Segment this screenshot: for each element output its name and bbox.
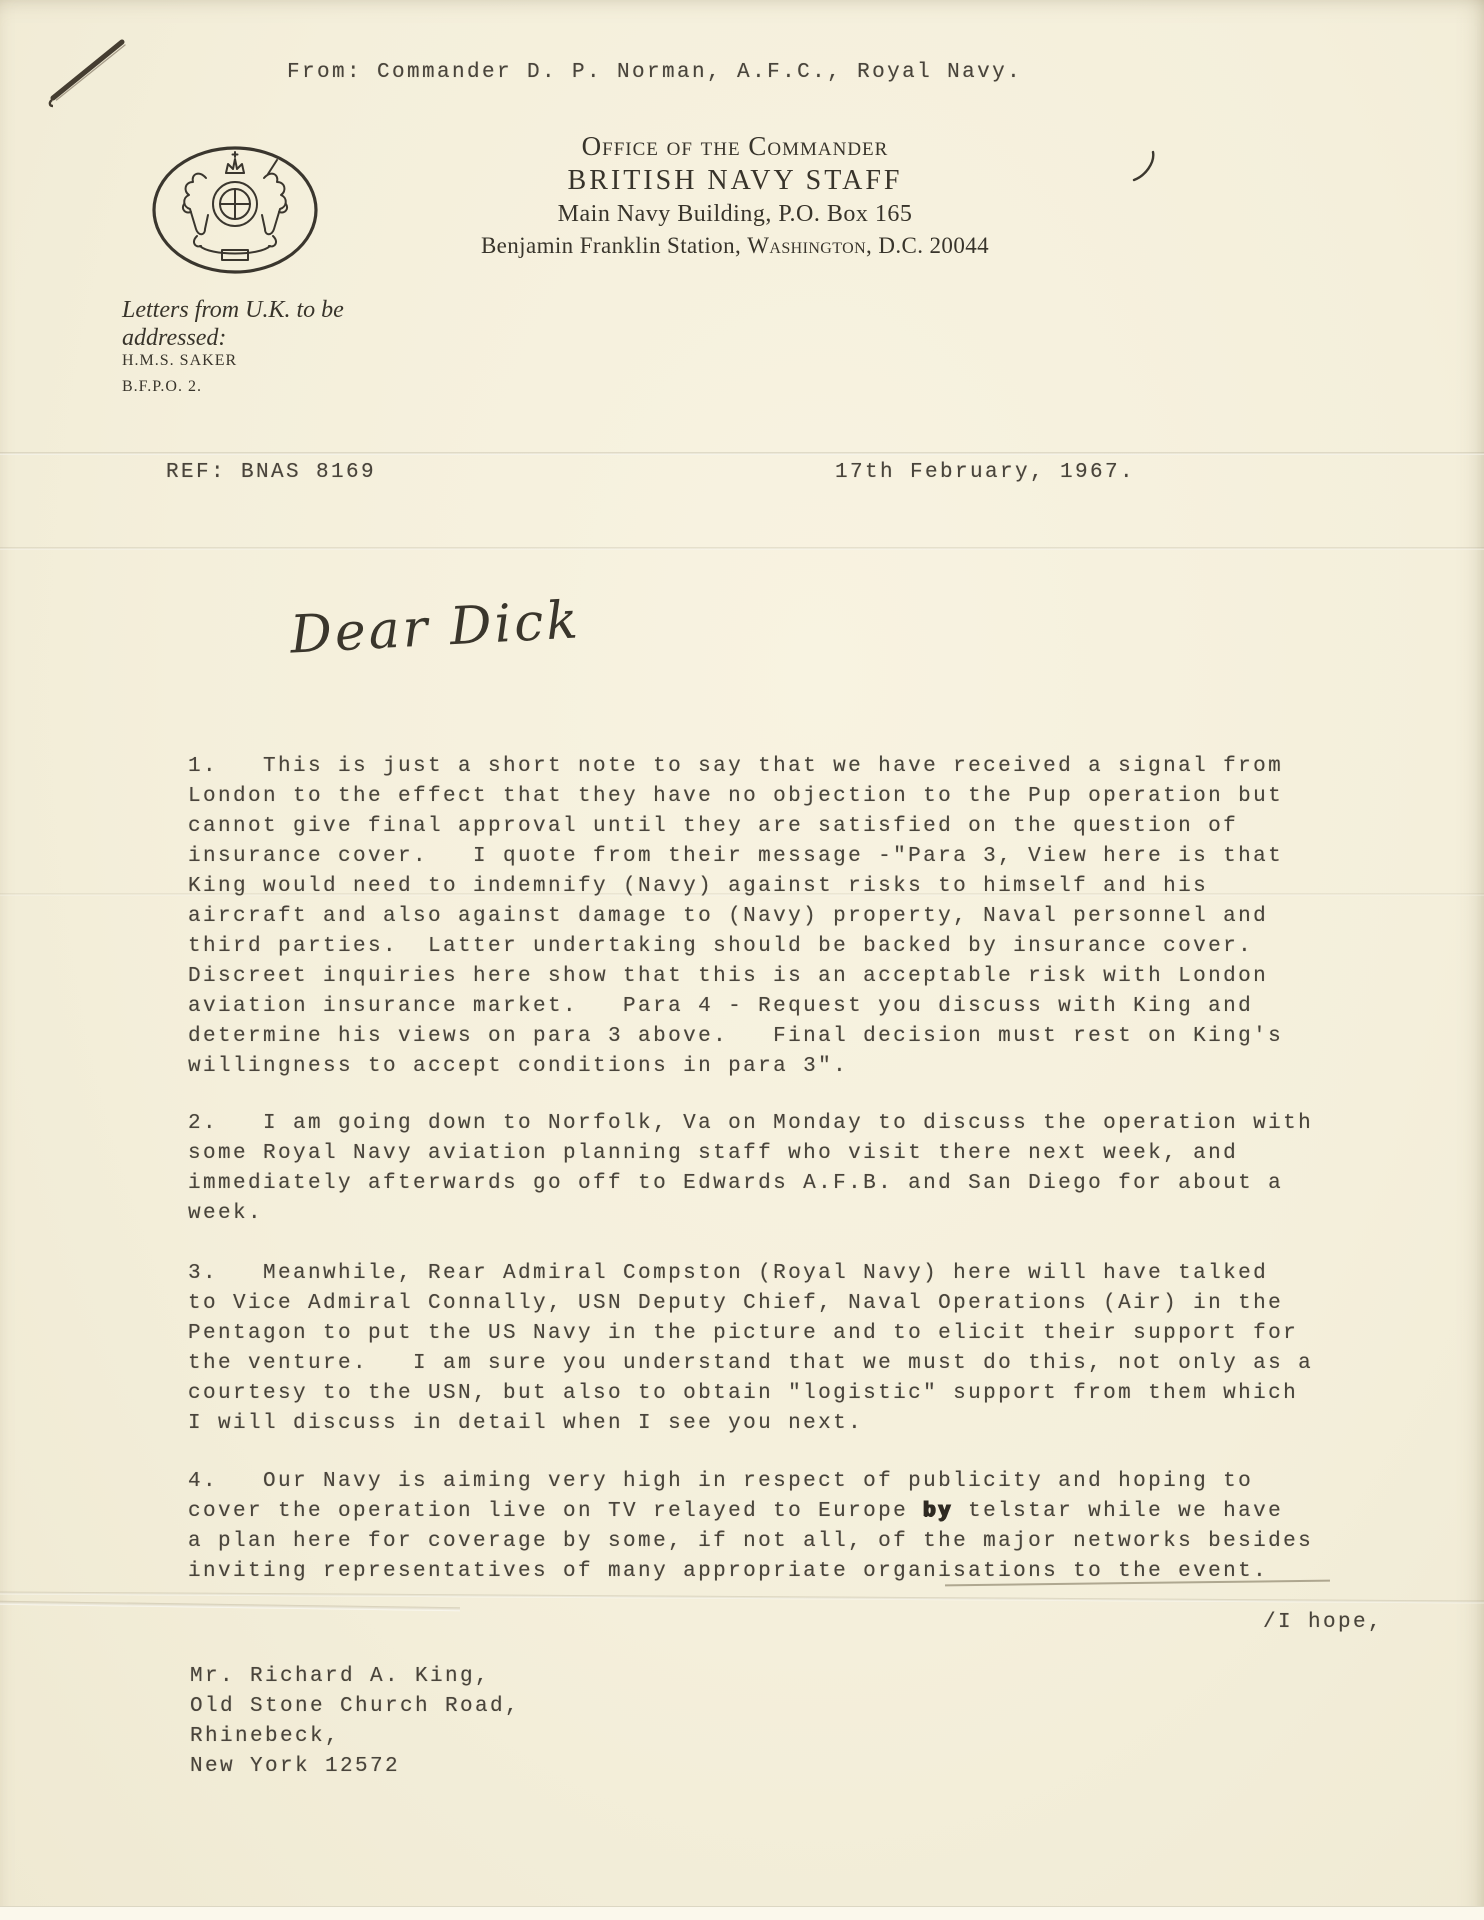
reference-number: REF: BNAS 8169 (166, 458, 376, 488)
paper-tear (0, 1601, 460, 1611)
royal-coat-of-arms-icon (150, 140, 320, 280)
fold-crease (0, 547, 1484, 550)
continuation-mark: /I hope, (1263, 1608, 1383, 1638)
paragraph-1: 1. This is just a short note to say that… (188, 752, 1283, 1082)
recipient-address: Mr. Richard A. King, Old Stone Church Ro… (190, 1662, 520, 1782)
overstruck-word: by (923, 1500, 953, 1523)
uk-address-note: Letters from U.K. to be addressed: (122, 296, 344, 352)
paragraph-4: 4. Our Navy is aiming very high in respe… (188, 1467, 1313, 1587)
pen-mark (1128, 148, 1170, 190)
letterhead-staff-line: BRITISH NAVY STAFF (435, 164, 1035, 198)
scan-bottom-edge (0, 1906, 1484, 1920)
handwritten-salutation: Dear Dick (289, 590, 583, 665)
staple-mark (40, 30, 140, 110)
from-line: From: Commander D. P. Norman, A.F.C., Ro… (287, 58, 1022, 88)
fold-crease (0, 452, 1484, 455)
letterhead-office-line: Office of the Commander (435, 130, 1035, 162)
fold-crease (0, 1591, 1484, 1603)
paragraph-2: 2. I am going down to Norfolk, Va on Mon… (188, 1109, 1313, 1229)
letterhead-address-line2: Benjamin Franklin Station, Washington, D… (435, 230, 1035, 262)
paragraph-3: 3. Meanwhile, Rear Admiral Compston (Roy… (188, 1259, 1313, 1439)
uk-address-ship: H.M.S. SAKER (122, 352, 237, 370)
letterhead-address-line1: Main Navy Building, P.O. Box 165 (435, 198, 1035, 230)
letter-page: From: Commander D. P. Norman, A.F.C., Ro… (0, 0, 1484, 1920)
letter-date: 17th February, 1967. (835, 458, 1135, 488)
uk-address-bfpo: B.F.P.O. 2. (122, 378, 202, 396)
letterhead: Office of the Commander BRITISH NAVY STA… (435, 130, 1035, 262)
